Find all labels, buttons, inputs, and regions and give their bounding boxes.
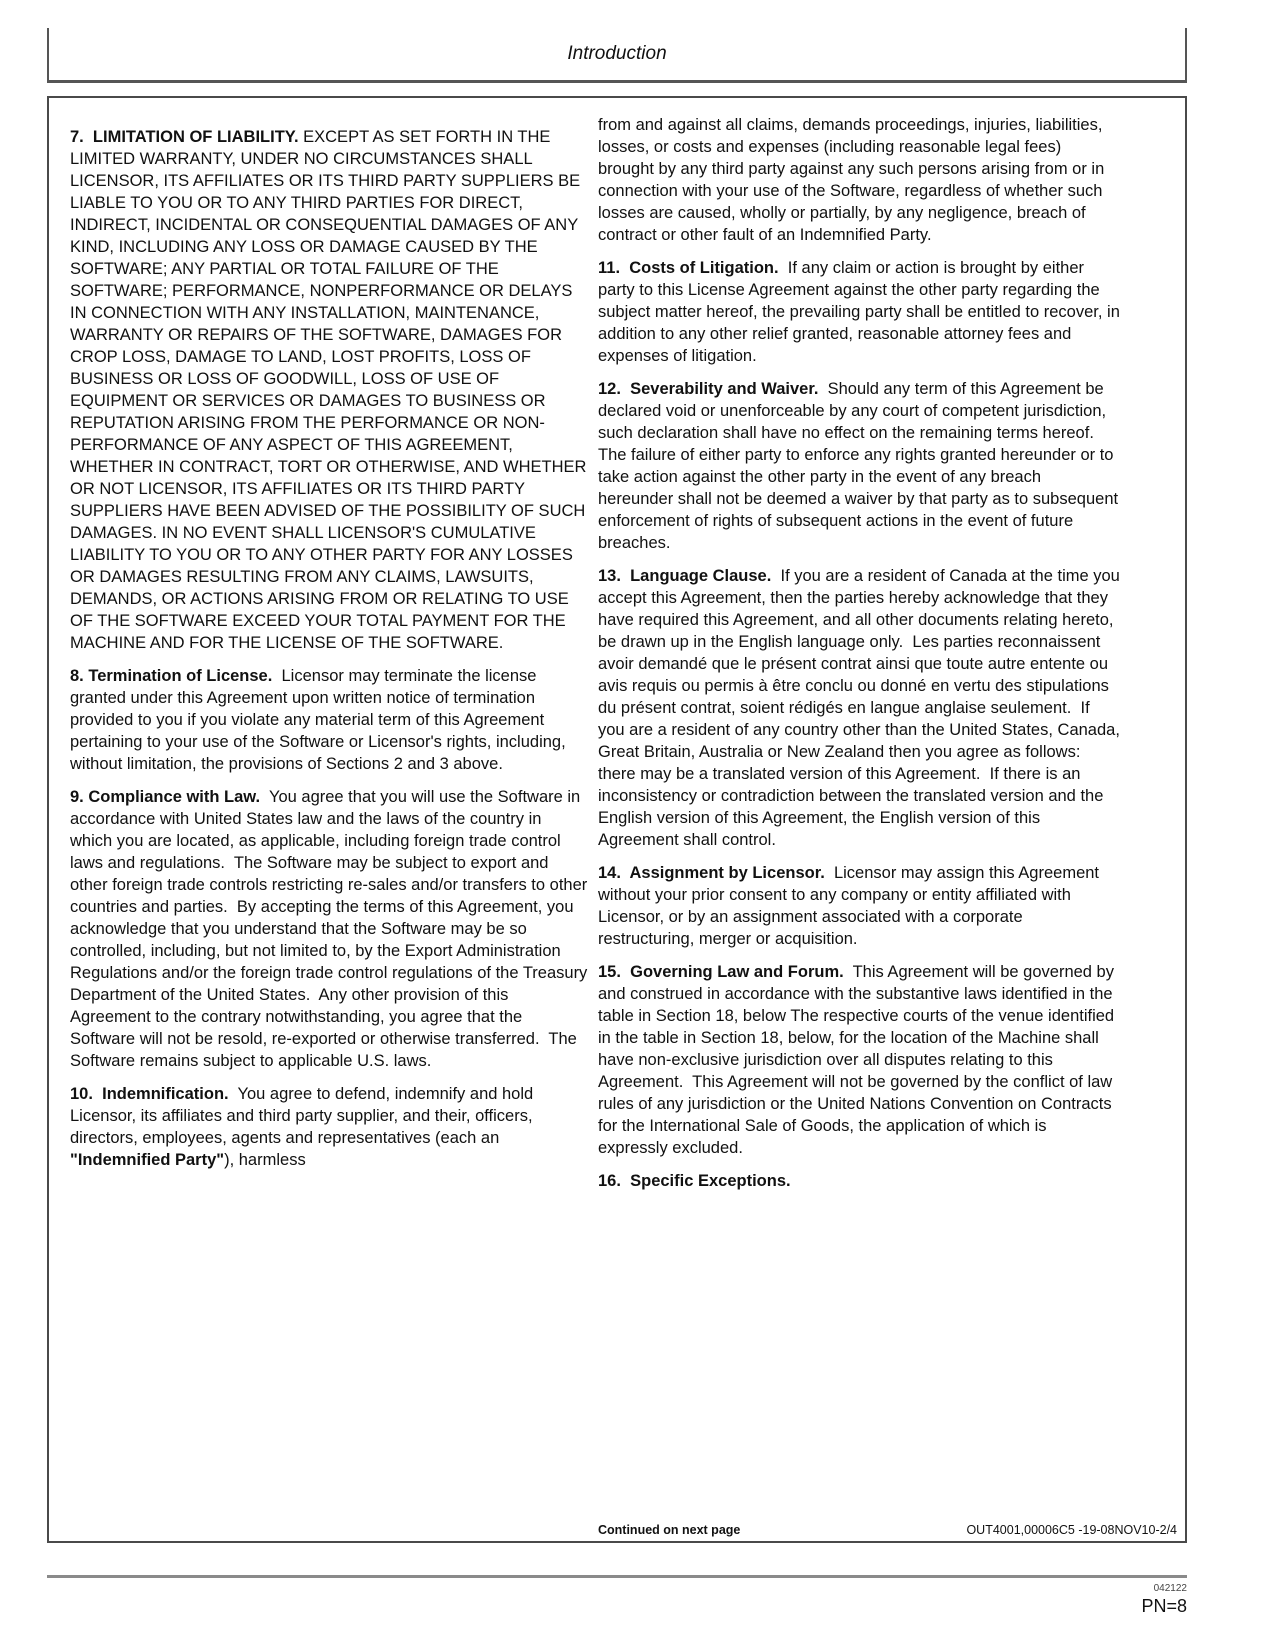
page-title: Introduction — [567, 43, 666, 65]
section-11-heading: 11. Costs of Litigation. — [598, 259, 779, 277]
section-15-body: This Agreement will be governed by and c… — [598, 963, 1119, 1157]
section-12-heading: 12. Severability and Waiver. — [598, 380, 818, 398]
print-code: 042122 — [1154, 1583, 1187, 1594]
section-16-heading: 16. Specific Exceptions. — [598, 1172, 791, 1190]
page-number: PN=8 — [1141, 1596, 1187, 1617]
section-14-heading: 14. Assignment by Licensor. — [598, 864, 825, 882]
continued-on-next-page-label: Continued on next page — [598, 1523, 740, 1537]
manual-page: Introduction 7. LIMITATION OF LIABILITY.… — [0, 0, 1275, 1650]
section-8-heading: 8. Termination of License. — [70, 667, 272, 685]
section-10-bold-term: "Indemnified Party" — [70, 1151, 224, 1169]
section-12-body: Should any term of this Agreement be dec… — [598, 380, 1123, 552]
section-10: 10. Indemnification. You agree to defend… — [70, 1083, 588, 1171]
section-10-body-post: ), harmless — [224, 1151, 306, 1169]
section-13-heading: 13. Language Clause. — [598, 567, 771, 585]
box-footer: Continued on next page OUT4001,00006C5 -… — [598, 1523, 1177, 1537]
section-10-heading: 10. Indemnification. — [70, 1085, 229, 1103]
column-left: 7. LIMITATION OF LIABILITY. EXCEPT AS SE… — [70, 126, 588, 1182]
section-12: 12. Severability and Waiver. Should any … — [598, 378, 1120, 554]
section-9: 9. Compliance with Law. You agree that y… — [70, 786, 588, 1072]
document-code: OUT4001,00006C5 -19-08NOV10-2/4 — [966, 1523, 1177, 1537]
section-8: 8. Termination of License. Licensor may … — [70, 665, 588, 775]
section-13-body: If you are a resident of Canada at the t… — [598, 567, 1125, 849]
section-7: 7. LIMITATION OF LIABILITY. EXCEPT AS SE… — [70, 126, 588, 654]
section-13: 13. Language Clause. If you are a reside… — [598, 565, 1120, 851]
section-9-body: You agree that you will use the Software… — [70, 788, 592, 1070]
section-15: 15. Governing Law and Forum. This Agreem… — [598, 961, 1120, 1159]
content-box: 7. LIMITATION OF LIABILITY. EXCEPT AS SE… — [47, 96, 1187, 1543]
section-7-body: EXCEPT AS SET FORTH IN THE LIMITED WARRA… — [70, 128, 591, 652]
section-10-continuation: from and against all claims, demands pro… — [598, 114, 1120, 246]
section-9-heading: 9. Compliance with Law. — [70, 788, 260, 806]
section-14: 14. Assignment by Licensor. Licensor may… — [598, 862, 1120, 950]
section-15-heading: 15. Governing Law and Forum. — [598, 963, 844, 981]
column-right: from and against all claims, demands pro… — [598, 114, 1120, 1203]
running-header: Introduction — [47, 28, 1187, 83]
section-7-heading: 7. LIMITATION OF LIABILITY. — [70, 128, 299, 146]
section-10-continuation-body: from and against all claims, demands pro… — [598, 116, 1109, 244]
bottom-rule — [47, 1575, 1187, 1578]
section-11: 11. Costs of Litigation. If any claim or… — [598, 257, 1120, 367]
section-16: 16. Specific Exceptions. — [598, 1170, 1120, 1192]
